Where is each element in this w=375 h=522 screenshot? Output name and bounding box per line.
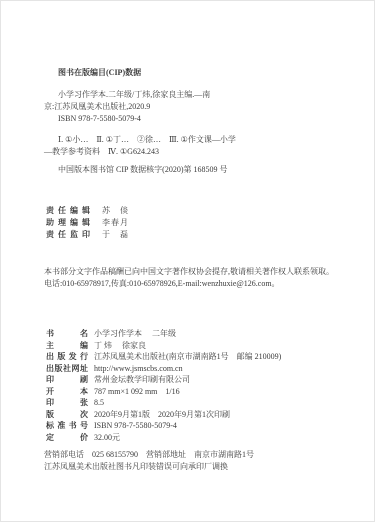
staff-row: 责任监印 于磊 <box>46 229 338 241</box>
exchange-notice-line: 江苏凤凰美术出版社图书凡印装错误可向承印厂调换 <box>44 461 336 473</box>
colophon-label: 印刷 <box>46 374 88 386</box>
colophon-row-printer: 印刷 常州金坛教学印刷有限公司 <box>46 374 346 386</box>
colophon-label: 出版发行 <box>46 351 88 363</box>
colophon-value: http://www.jsmscbs.com.cn <box>94 363 183 375</box>
colophon-label: 标准书号 <box>46 420 88 432</box>
staff-name: 李春月 <box>102 217 128 229</box>
colophon-label: 书名 <box>46 328 88 340</box>
colophon-row-isbn: 标准书号 ISBN 978-7-5580-5079-4 <box>46 420 346 432</box>
colophon-row-publisher: 出版发行 江苏凤凰美术出版社(南京市湖南路1号 邮编 210009) <box>46 351 346 363</box>
staff-name: 苏倓 <box>102 205 128 217</box>
staff-row: 责任编辑 苏倓 <box>46 205 338 217</box>
colophon-value: 32.00元 <box>94 432 120 444</box>
colophon-block: 书名 小学习作学本 二年级 主编 丁 炜 徐家良 出版发行 江苏凤凰美术出版社(… <box>46 328 346 443</box>
colophon-value: 丁 炜 徐家良 <box>94 340 146 352</box>
rights-notice-block: 本书部分文字作品稿酬已向中国文字著作权协会提存,敬请相关著作权人联系领取。 电话… <box>44 266 336 290</box>
cip-record-number: 中国版本图书馆 CIP 数据核字(2020)第 168509 号 <box>44 164 336 176</box>
colophon-row-edition: 版次 2020年9月第1版 2020年9月第1次印刷 <box>46 409 346 421</box>
isbn-line: ISBN 978-7-5580-5079-4 <box>44 113 336 125</box>
cip-description-line2: 京:江苏凤凰美术出版社,2020.9 <box>44 101 336 113</box>
colophon-label: 主编 <box>46 340 88 352</box>
colophon-label: 出版社网址 <box>46 363 88 375</box>
footer-block: 营销部电话 025 68155790 营销部地址 南京市湖南路1号 江苏凤凰美术… <box>44 449 336 473</box>
colophon-row-website: 出版社网址 http://www.jsmscbs.com.cn <box>46 363 346 375</box>
colophon-label: 开本 <box>46 386 88 398</box>
classification-line2: —教学参考资料 Ⅳ. ①G624.243 <box>44 146 336 158</box>
colophon-value: 2020年9月第1版 2020年9月第1次印刷 <box>94 409 230 421</box>
staff-block: 责任编辑 苏倓 助理编辑 李春月 责任监印 于磊 <box>46 205 338 241</box>
cip-classification: Ⅰ. ①小… Ⅱ. ①丁… ②徐… Ⅲ. ①作文课—小学 —教学参考资料 Ⅳ. … <box>44 134 336 158</box>
colophon-label: 版次 <box>46 409 88 421</box>
colophon-label: 印张 <box>46 397 88 409</box>
rights-notice-line2: 电话:010-65978917,传真:010-65978926,E-mail:w… <box>44 278 336 290</box>
staff-row: 助理编辑 李春月 <box>46 217 338 229</box>
colophon-value: 787 mm×1 092 mm 1/16 <box>94 386 180 398</box>
colophon-value: 江苏凤凰美术出版社(南京市湖南路1号 邮编 210009) <box>94 351 281 363</box>
classification-line1: Ⅰ. ①小… Ⅱ. ①丁… ②徐… Ⅲ. ①作文课—小学 <box>44 134 336 146</box>
cip-description: 小学习作学本.二年级/丁炜,徐家良主编.—南 京:江苏凤凰美术出版社,2020.… <box>44 89 336 125</box>
rights-notice-line1: 本书部分文字作品稿酬已向中国文字著作权协会提存,敬请相关著作权人联系领取。 <box>44 266 336 278</box>
colophon-value: 8.5 <box>94 397 104 409</box>
staff-role-label: 助理编辑 <box>46 217 90 229</box>
colophon-row-format: 开本 787 mm×1 092 mm 1/16 <box>46 386 346 398</box>
cip-description-line1: 小学习作学本.二年级/丁炜,徐家良主编.—南 <box>44 89 336 101</box>
colophon-value: 常州金坛教学印刷有限公司 <box>94 374 190 386</box>
colophon-value: ISBN 978-7-5580-5079-4 <box>94 420 177 432</box>
colophon-row-price: 定价 32.00元 <box>46 432 346 444</box>
colophon-row-title: 书名 小学习作学本 二年级 <box>46 328 346 340</box>
cip-header: 图书在版编目(CIP)数据 <box>44 67 336 79</box>
colophon-row-editors: 主编 丁 炜 徐家良 <box>46 340 346 352</box>
cip-data-block: 图书在版编目(CIP)数据 小学习作学本.二年级/丁炜,徐家良主编.—南 京:江… <box>44 67 336 176</box>
staff-role-label: 责任编辑 <box>46 205 90 217</box>
colophon-label: 定价 <box>46 432 88 444</box>
staff-role-label: 责任监印 <box>46 229 90 241</box>
staff-name: 于磊 <box>102 229 128 241</box>
marketing-contact-line: 营销部电话 025 68155790 营销部地址 南京市湖南路1号 <box>44 449 336 461</box>
colophon-value: 小学习作学本 二年级 <box>94 328 176 340</box>
colophon-row-sheets: 印张 8.5 <box>46 397 346 409</box>
copyright-page: 图书在版编目(CIP)数据 小学习作学本.二年级/丁炜,徐家良主编.—南 京:江… <box>0 0 375 522</box>
